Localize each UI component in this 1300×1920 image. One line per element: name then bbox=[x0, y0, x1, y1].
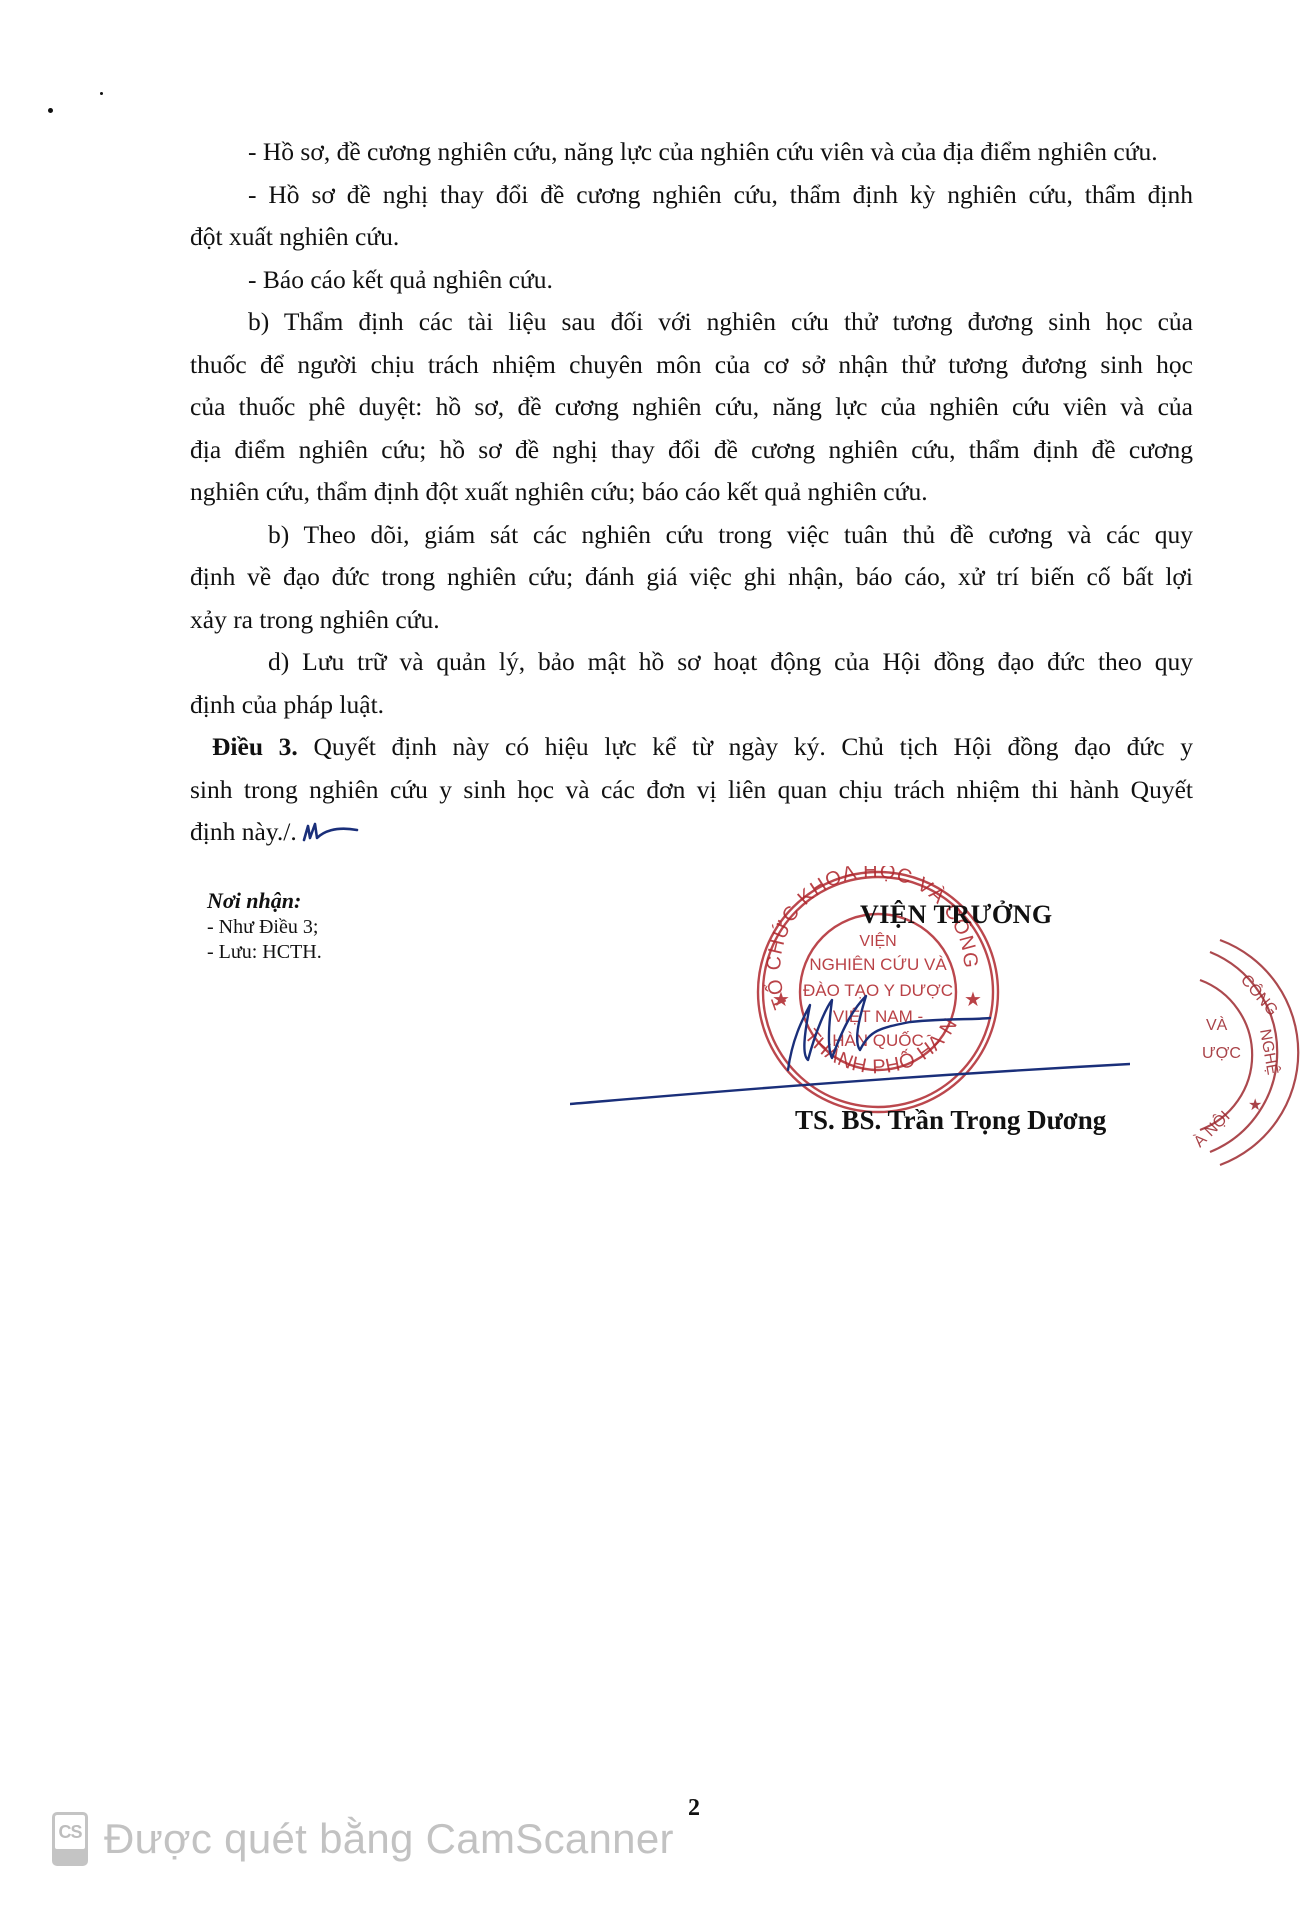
recipient-item: - Lưu: HCTH. bbox=[207, 940, 322, 965]
svg-text:★: ★ bbox=[1248, 1097, 1262, 1114]
text-line: Quyết định này có hiệu lực kể từ ngày ký… bbox=[298, 732, 1193, 761]
svg-text:ƯỢC: ƯỢC bbox=[1202, 1045, 1241, 1062]
text-line: định về đạo đức trong nghiên cứu; đánh g… bbox=[190, 556, 1193, 599]
text-line: b) Thẩm định các tài liệu sau đối với ng… bbox=[190, 301, 1193, 344]
paragraph-b-bioequivalence: b) Thẩm định các tài liệu sau đối với ng… bbox=[190, 301, 1193, 514]
text-line: thuốc để người chịu trách nhiệm chuyên m… bbox=[190, 344, 1193, 387]
text-line: xảy ra trong nghiên cứu. bbox=[190, 599, 1193, 642]
paragraph-item-2: - Hồ sơ đề nghị thay đổi đề cương nghiên… bbox=[190, 174, 1193, 259]
signer-name: TS. BS. Trần Trọng Dương bbox=[795, 1105, 1106, 1136]
text-line: - Báo cáo kết quả nghiên cứu. bbox=[190, 259, 1193, 302]
camscanner-watermark: CS Được quét bằng CamScanner bbox=[52, 1812, 674, 1866]
article-heading: Điều 3. bbox=[212, 732, 298, 761]
page-number: 2 bbox=[688, 1795, 700, 1822]
logo-text: CS bbox=[55, 1815, 85, 1849]
text-line: - Hồ sơ, đề cương nghiên cứu, năng lực c… bbox=[190, 131, 1193, 174]
text-line: định này./. bbox=[190, 817, 297, 846]
text-line: b) Theo dõi, giám sát các nghiên cứu tro… bbox=[190, 514, 1193, 557]
partial-seal-icon: CÔNG NGHỆ VÀ ƯỢC ★ À NỘI bbox=[1180, 930, 1300, 1170]
scan-speck bbox=[100, 92, 103, 95]
paragraph-d-archiving: d) Lưu trữ và quản lý, bảo mật hồ sơ hoạ… bbox=[190, 641, 1193, 726]
recipient-item: - Như Điều 3; bbox=[207, 915, 322, 940]
text-line: của thuốc phê duyệt: hồ sơ, đề cương ngh… bbox=[190, 386, 1193, 429]
text-line: địa điểm nghiên cứu; hồ sơ đề nghị thay … bbox=[190, 429, 1193, 472]
paragraph-item-1: - Hồ sơ, đề cương nghiên cứu, năng lực c… bbox=[190, 131, 1193, 174]
text-line: nghiên cứu, thẩm định đột xuất nghiên cứ… bbox=[190, 471, 1193, 514]
signer-title: VIỆN TRƯỞNG bbox=[860, 900, 1053, 930]
paragraph-article-3: Điều 3. Quyết định này có hiệu lực kể từ… bbox=[190, 726, 1193, 854]
recipients-block: Nơi nhận: - Như Điều 3; - Lưu: HCTH. bbox=[207, 887, 322, 965]
signature-block: VIỆN TRƯỞNG TS. BS. Trần Trọng Dương bbox=[700, 880, 1120, 1120]
svg-text:NGHỆ: NGHỆ bbox=[1256, 1027, 1283, 1076]
text-line: d) Lưu trữ và quản lý, bảo mật hồ sơ hoạ… bbox=[190, 641, 1193, 684]
recipients-heading: Nơi nhận: bbox=[207, 887, 322, 915]
text-line: sinh trong nghiên cứu y sinh học và các … bbox=[190, 769, 1193, 812]
watermark-text: Được quét bằng CamScanner bbox=[104, 1815, 674, 1863]
text-line: định của pháp luật. bbox=[190, 684, 1193, 727]
initial-signature-icon bbox=[301, 818, 361, 844]
svg-text:VÀ: VÀ bbox=[1206, 1015, 1228, 1034]
text-line: - Hồ sơ đề nghị thay đổi đề cương nghiên… bbox=[190, 174, 1193, 217]
paragraph-c-monitoring: b) Theo dõi, giám sát các nghiên cứu tro… bbox=[190, 514, 1193, 642]
scan-speck bbox=[48, 108, 53, 113]
document-body: - Hồ sơ, đề cương nghiên cứu, năng lực c… bbox=[190, 131, 1193, 854]
paragraph-item-3: - Báo cáo kết quả nghiên cứu. bbox=[190, 259, 1193, 302]
text-line: đột xuất nghiên cứu. bbox=[190, 216, 1193, 259]
handwritten-signature-icon bbox=[570, 960, 1130, 1110]
svg-text:CÔNG: CÔNG bbox=[1237, 970, 1282, 1019]
camscanner-logo-icon: CS bbox=[52, 1812, 88, 1866]
